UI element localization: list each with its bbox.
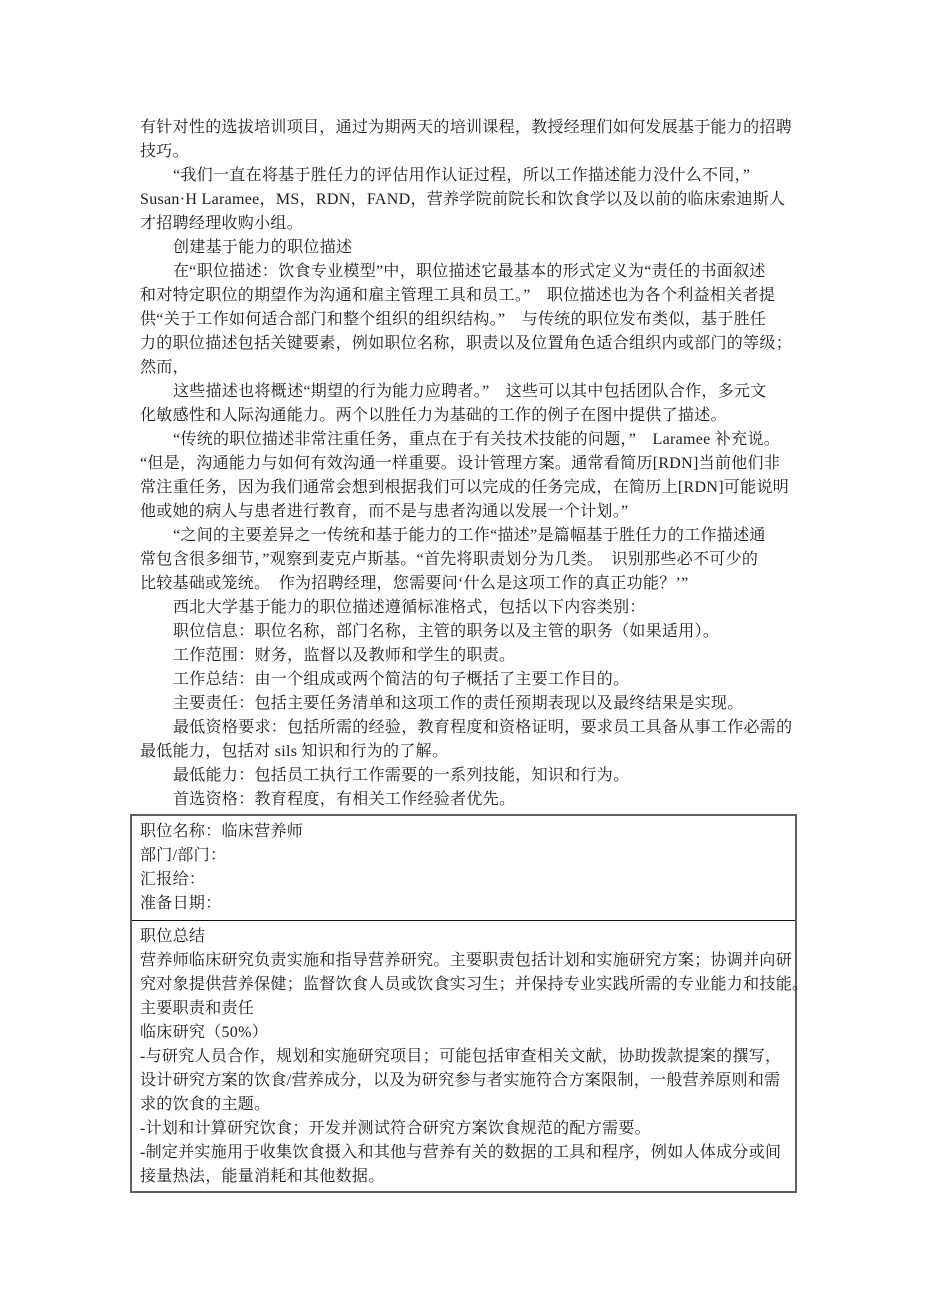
body-text-line: 首选资格：教育程度，有相关工作经验者优先。	[140, 788, 795, 812]
table-summary-line: 设计研究方案的饮食/营养成分，以及为研究参与者实施符合方案限制，一般营养原则和需	[140, 1069, 787, 1093]
body-text-line: “之间的主要差异之一传统和基于能力的工作“描述”是篇幅基于胜任力的工作描述通	[140, 524, 795, 548]
body-text-line: 和对特定职位的期望作为沟通和雇主管理工具和员工。” 职位描述也为各个利益相关者提	[140, 284, 795, 308]
table-info-line: 汇报给：	[140, 868, 787, 892]
job-description-table: 职位名称：临床营养师部门/部门：汇报给：准备日期： 职位总结营养师临床研究负责实…	[130, 814, 797, 1193]
body-text-line: 工作范围：财务，监督以及教师和学生的职责。	[140, 644, 795, 668]
body-text-line: 技巧。	[140, 140, 795, 164]
body-text-line: “但是，沟通能力与如何有效沟通一样重要。设计管理方案。通常看简历[RDN]当前他…	[140, 452, 795, 476]
body-text-line: 有针对性的选拔培训项目，通过为期两天的培训课程，教授经理们如何发展基于能力的招聘	[140, 116, 795, 140]
body-text-line: Susan·H Laramee，MS，RDN，FAND，营养学院前院长和饮食学以…	[140, 188, 795, 212]
body-text-line: 主要责任：包括主要任务清单和这项工作的责任预期表现以及最终结果是实现。	[140, 692, 795, 716]
table-summary-line: 求的饮食的主题。	[140, 1093, 787, 1117]
table-summary-line: 营养师临床研究负责实施和指导营养研究。主要职责包括计划和实施研究方案；协调并向研	[140, 949, 787, 973]
table-summary-line: -制定并实施用于收集饮食摄入和其他与营养有关的数据的工具和程序，例如人体成分或间	[140, 1141, 787, 1165]
body-text-line: 常包含很多细节，”观察到麦克卢斯基。“首先将职责划分为几类。 识别那些必不可少的	[140, 548, 795, 572]
table-summary-line: 接量热法，能量消耗和其他数据。	[140, 1165, 787, 1189]
table-summary-line: 临床研究（50%）	[140, 1021, 787, 1045]
table-summary-line: 究对象提供营养保健；监督饮食人员或饮食实习生；并保持专业实践所需的专业能力和技能…	[140, 973, 787, 997]
body-text-line: 西北大学基于能力的职位描述遵循标准格式，包括以下内容类别：	[140, 596, 795, 620]
table-cell-position-summary: 职位总结营养师临床研究负责实施和指导营养研究。主要职责包括计划和实施研究方案；协…	[132, 921, 795, 1191]
body-text-line: 最低资格要求：包括所需的经验，教育程度和资格证明，要求员工具备从事工作必需的	[140, 716, 795, 740]
table-info-line: 部门/部门：	[140, 844, 787, 868]
body-text-line: 在“职位描述：饮食专业模型”中，职位描述它最基本的形式定义为“责任的书面叙述	[140, 260, 795, 284]
document-page: 有针对性的选拔培训项目，通过为期两天的培训课程，教授经理们如何发展基于能力的招聘…	[0, 0, 926, 1309]
body-text-line: 力的职位描述包括关键要素，例如职位名称，职责以及位置角色适合组织内或部门的等级；	[140, 332, 795, 356]
table-summary-line: 职位总结	[140, 925, 787, 949]
body-text-line: 才招聘经理收购小组。	[140, 212, 795, 236]
table-summary-line: -与研究人员合作，规划和实施研究项目；可能包括审查相关文献，协助拨款提案的撰写，	[140, 1045, 787, 1069]
table-info-line: 职位名称：临床营养师	[140, 820, 787, 844]
table-cell-position-info: 职位名称：临床营养师部门/部门：汇报给：准备日期：	[132, 816, 795, 921]
body-text-line: 最低能力，包括对 sils 知识和行为的了解。	[140, 740, 795, 764]
body-text-line: 职位信息：职位名称，部门名称，主管的职务以及主管的职务（如果适用）。	[140, 620, 795, 644]
body-text-line: 创建基于能力的职位描述	[140, 236, 795, 260]
body-text-line: “传统的职位描述非常注重任务，重点在于有关技术技能的问题，” Laramee 补…	[140, 428, 795, 452]
body-text-line: 最低能力：包括员工执行工作需要的一系列技能，知识和行为。	[140, 764, 795, 788]
body-text-line: 供“关于工作如何适合部门和整个组织的组织结构。” 与传统的职位发布类似，基于胜任	[140, 308, 795, 332]
body-text-line: 工作总结：由一个组成或两个简洁的句子概括了主要工作目的。	[140, 668, 795, 692]
body-text-line: 比较基础或笼统。 作为招聘经理，您需要问‘什么是这项工作的真正功能？’”	[140, 572, 795, 596]
body-text-line: 化敏感性和人际沟通能力。两个以胜任力为基础的工作的例子在图中提供了描述。	[140, 404, 795, 428]
body-text-line: 他或她的病人与患者进行教育，而不是与患者沟通以发展一个计划。”	[140, 500, 795, 524]
table-info-line: 准备日期：	[140, 892, 787, 916]
body-text-line: 常注重任务，因为我们通常会想到根据我们可以完成的任务完成，在简历上[RDN]可能…	[140, 476, 795, 500]
table-summary-line: -计划和计算研究饮食；开发并测试符合研究方案饮食规范的配方需要。	[140, 1117, 787, 1141]
body-text-line: 然而，	[140, 356, 795, 380]
body-text-line: 这些描述也将概述“期望的行为能力应聘者。” 这些可以其中包括团队合作，多元文	[140, 380, 795, 404]
table-summary-line: 主要职责和责任	[140, 997, 787, 1021]
body-text-line: “我们一直在将基于胜任力的评估用作认证过程，所以工作描述能力没什么不同，”	[140, 164, 795, 188]
article-body: 有针对性的选拔培训项目，通过为期两天的培训课程，教授经理们如何发展基于能力的招聘…	[140, 116, 795, 812]
